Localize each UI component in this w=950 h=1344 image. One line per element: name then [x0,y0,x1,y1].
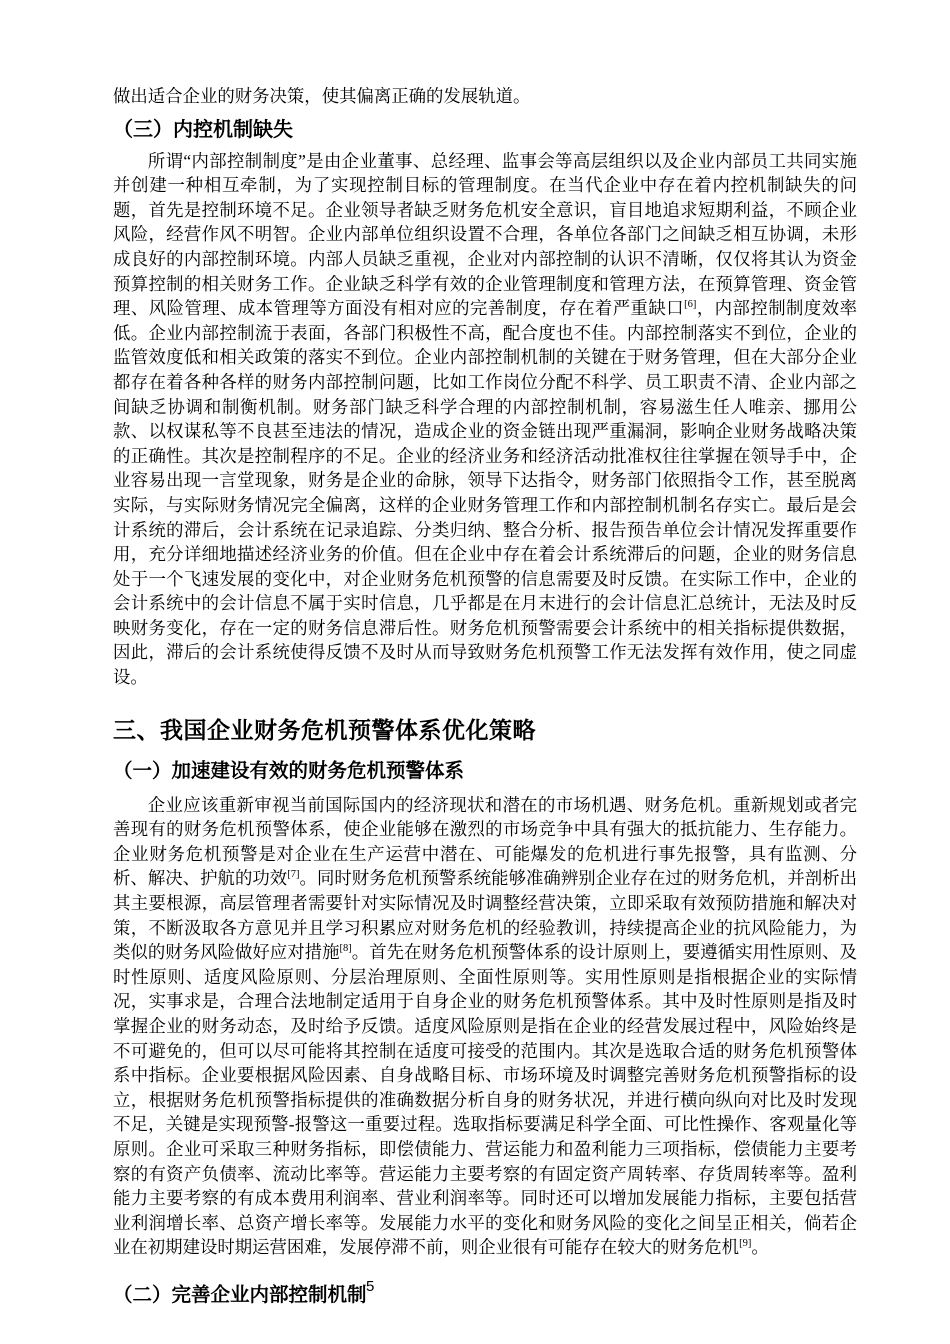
document-page: 做出适合企业的财务决策，使其偏离正确的发展轨道。 （三）内控机制缺失 所谓“内部… [0,0,950,1344]
citation-ref: [7] [287,870,299,881]
page-number: 5 [366,1278,374,1295]
paragraph-continuation: 做出适合企业的财务决策，使其偏离正确的发展轨道。 [113,84,857,109]
paragraph-warning-system-construction: 企业应该重新审视当前国际国内的经济现状和潜在的市场机遇、财务危机。重新规划或者完… [113,793,857,1260]
citation-ref: [8] [340,943,352,954]
citation-ref: [9] [739,1239,751,1250]
text-block: 做出适合企业的财务决策，使其偏离正确的发展轨道。 （三）内控机制缺失 所谓“内部… [113,84,857,1309]
paragraph-internal-control-deficiency: 所谓“内部控制制度”是由企业董事、总经理、监事会等高层组织以及企业内部员工共同实… [113,149,857,690]
heading-subsection-two-improve-internal-control: （二）完善企业内部控制机制 [113,1282,857,1309]
citation-ref: [6] [684,299,696,310]
heading-subsection-one-build-warning-system: （一）加速建设有效的财务危机预警体系 [113,758,857,785]
heading-chapter-three-optimization-strategy: 三、我国企业财务危机预警体系优化策略 [113,715,857,745]
heading-section-three-missing-internal-control: （三）内控机制缺失 [113,117,857,144]
